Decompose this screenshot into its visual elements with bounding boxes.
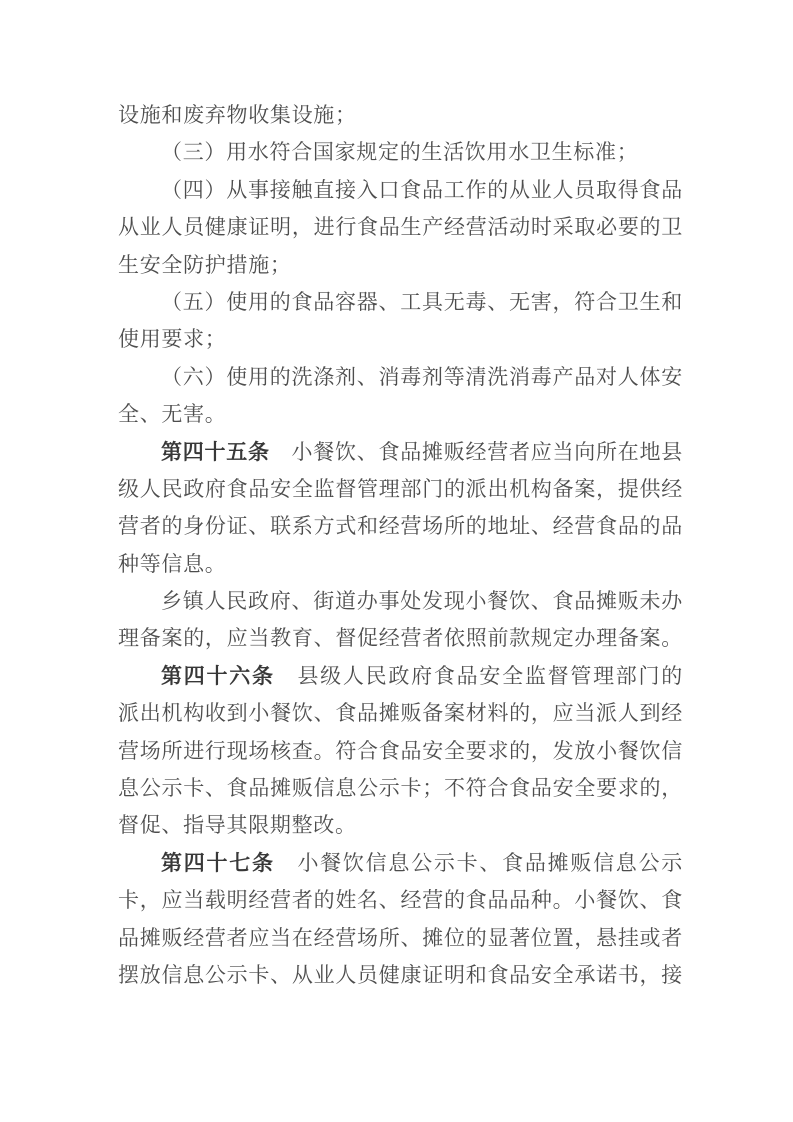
article-text: 县级人民政府食品安全监督管理部门的	[275, 664, 683, 688]
text-line: 品摊贩经营者应当在经营场所、摊位的显著位置，悬挂或者	[118, 920, 683, 957]
text-line: 卡，应当载明经营者的姓名、经营的食品品种。小餐饮、食	[118, 882, 683, 919]
text-line: 级人民政府食品安全监督管理部门的派出机构备案，提供经	[118, 471, 683, 508]
text-line: 营者的身份证、联系方式和经营场所的地址、经营食品的品	[118, 508, 683, 545]
article-number: 第四十五条	[161, 441, 270, 464]
text-line: 使用要求；	[118, 321, 683, 358]
text-line: 从业人员健康证明，进行食品生产经营活动时采取必要的卫	[118, 209, 683, 246]
text-line: （四）从事接触直接入口食品工作的从业人员取得食品	[118, 172, 683, 209]
article-46-heading-line: 第四十六条 县级人民政府食品安全监督管理部门的	[118, 658, 683, 695]
text-line: （三）用水符合国家规定的生活饮用水卫生标准；	[118, 134, 683, 171]
text-line: 营场所进行现场核查。符合食品安全要求的，发放小餐饮信	[118, 733, 683, 770]
article-number: 第四十七条	[161, 852, 275, 875]
article-45-heading-line: 第四十五条 小餐饮、食品摊贩经营者应当向所在地县	[118, 434, 683, 471]
document-page: 设施和废弃物收集设施； （三）用水符合国家规定的生活饮用水卫生标准； （四）从事…	[0, 0, 793, 1122]
article-47-heading-line: 第四十七条 小餐饮信息公示卡、食品摊贩信息公示	[118, 845, 683, 882]
text-line: 息公示卡、食品摊贩信息公示卡；不符合食品安全要求的，	[118, 770, 683, 807]
text-line: 派出机构收到小餐饮、食品摊贩备案材料的，应当派人到经	[118, 695, 683, 732]
text-line: 摆放信息公示卡、从业人员健康证明和食品安全承诺书，接	[118, 957, 683, 994]
article-number: 第四十六条	[161, 665, 275, 688]
text-line: 督促、指导其限期整改。	[118, 807, 683, 844]
text-line: （六）使用的洗涤剂、消毒剂等清洗消毒产品对人体安	[118, 359, 683, 396]
article-text: 小餐饮信息公示卡、食品摊贩信息公示	[275, 851, 683, 875]
text-line: 乡镇人民政府、街道办事处发现小餐饮、食品摊贩未办	[118, 583, 683, 620]
text-line: 生安全防护措施；	[118, 247, 683, 284]
text-line: 种等信息。	[118, 546, 683, 583]
article-text: 小餐饮、食品摊贩经营者应当向所在地县	[270, 440, 683, 464]
text-block: 设施和废弃物收集设施； （三）用水符合国家规定的生活饮用水卫生标准； （四）从事…	[118, 97, 683, 994]
text-line: 全、无害。	[118, 396, 683, 433]
text-line: （五）使用的食品容器、工具无毒、无害，符合卫生和	[118, 284, 683, 321]
text-line: 理备案的，应当教育、督促经营者依照前款规定办理备案。	[118, 620, 683, 657]
text-line: 设施和废弃物收集设施；	[118, 97, 683, 134]
